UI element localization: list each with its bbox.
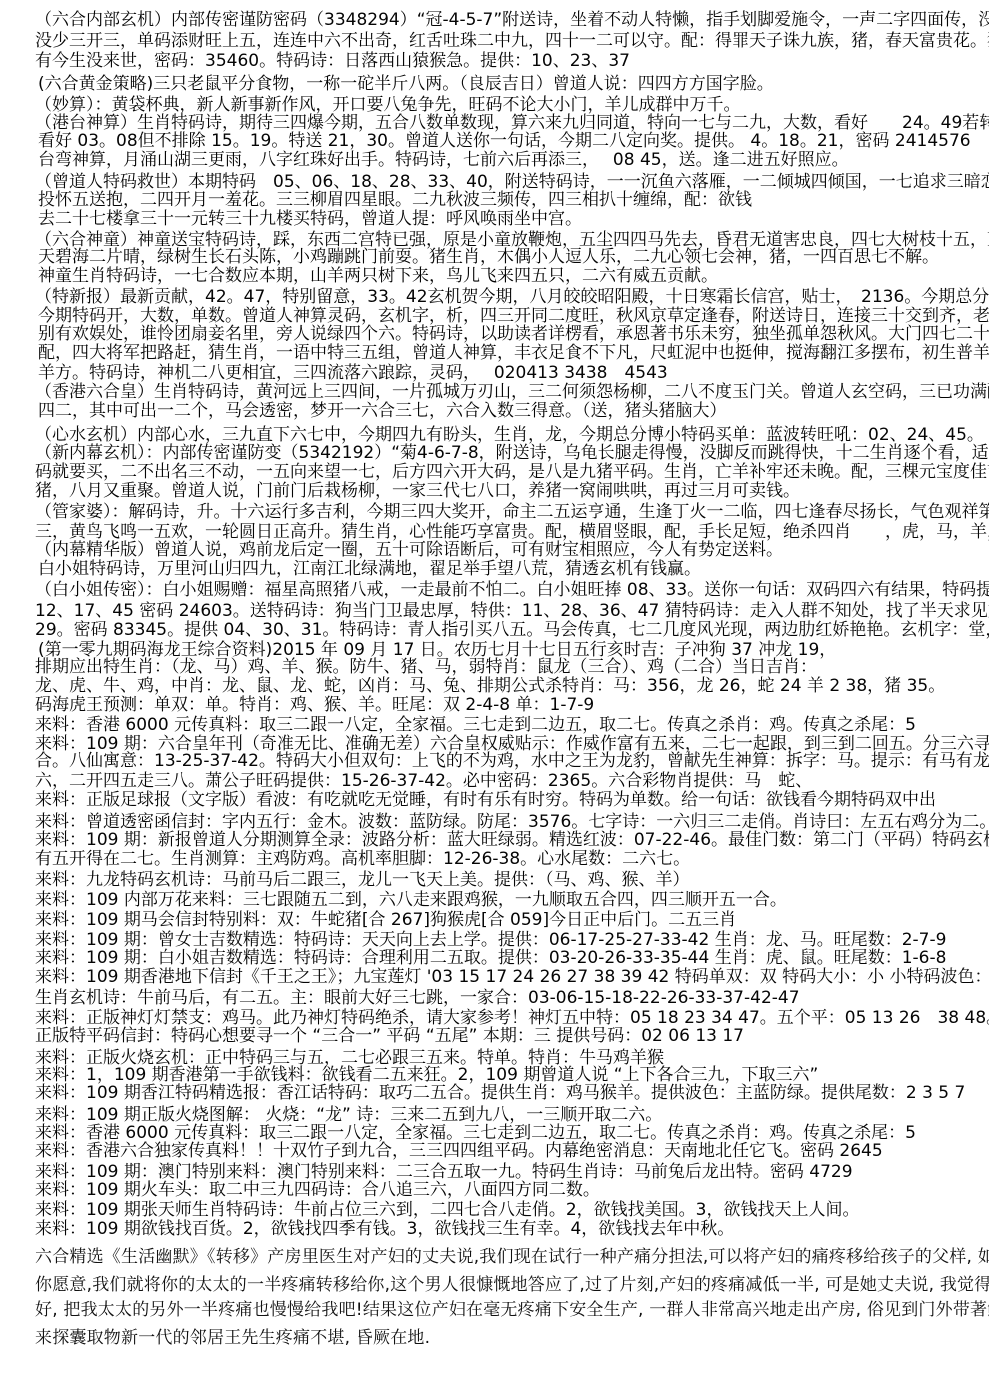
text-line: 别有欢娱处，谁怜团扇妾名里，旁人说绿四个六。特码诗，以助读者详楞看，承恩著书乐未… [38, 324, 989, 344]
source-line: 来料：109 期正版火烧图解： 火烧：“龙” 诗：三来二五到九八，一三顺开取二六… [35, 1105, 662, 1125]
text-line: 12、17、45 密码 24603。送特码诗：狗当门卫最忠厚，特供：11、28、… [35, 601, 989, 621]
source-line: 来料：正版神灯灯禁支：鸡马。此乃神灯特码绝杀，请大家参考！神灯五中特：05 18… [35, 1008, 989, 1028]
source-line: 来料：109 期火车头：取二中三九四码诗：合八追三六，八面四方同二数。 [35, 1180, 600, 1200]
source-line: 正版特平码信封：特码心想要寻一个 “三合一” 平码 “五尾” 本期：三 提供号码… [35, 1026, 744, 1046]
text-line: 码海虎王预测：单双：单。特肖：鸡、猴、羊。旺尾：双 2-4-8 单：1-7-9 [35, 695, 594, 715]
text-line: 台弯神算，月涌山湖三更雨，八字红珠好出手。特码诗，七前六后再添三， 08 45，… [38, 150, 849, 170]
source-line: 来料：香港六合独家传真料！！十双竹子到九合，三三四四组平码。内幕绝密消息：天南地… [35, 1141, 883, 1161]
source-line: 来料：正版足球报（文字版）看波：有吃就吃无觉睡，有时有乐有时穷。特码为单数。给一… [35, 790, 936, 810]
source-line: 来料：109 期香港地下信封《千王之王》；九宝莲灯 '03 15 17 24 2… [35, 967, 989, 987]
text-line: 好, 把我太太的另外一半疼痛也慢慢给我吧!结果这位产妇在毫无疼痛下安全生产, 一… [35, 1300, 989, 1320]
text-line: 四二，其中可出一二个，马会透密，梦开一六合三七，六合入数三得意。（送，猪头猪脑大… [38, 401, 727, 421]
source-line: 来料：香港 6000 元传真料：取三二跟一八定，全家福。三七走到二边五，取二七。… [35, 1123, 916, 1143]
text-line: 三，黄鸟飞鸣一五欢，一轮圆日正高升。猜生肖，心性能巧享富贵。配，横眉竖眼，配，手… [35, 522, 989, 542]
text-line: （心水玄机）内部心水，三九直下六七中，今期四九有盼头，生肖，龙，今期总分博小特码… [35, 425, 984, 445]
text-line: 你愿意,我们就将你的太太的一半疼痛转移给你,这个男人很慷慨地答应了,过了片刻,产… [35, 1275, 989, 1295]
source-line: 来料：109 期欲钱找百货。2，欲钱找四季有钱。3，欲钱找三生有幸。4，欲钱找去… [35, 1219, 734, 1239]
source-line: 来料：曾道透密函信封：字内五行：金木。波数：蓝防绿。防尾：3576。七字诗：一六… [35, 812, 989, 832]
document-page: （六合内部玄机）内部传密谨防密码（3348294）“冠-4-5-7”附送诗，坐着… [0, 0, 989, 1388]
source-line: 来料：1，109 期香港第一手欲钱料：欲钱看二五来狂。2，109 期曾道人说 “… [35, 1065, 818, 1085]
text-line: （内幕精华版）曾道人说，鸡前龙后定一圈，五十可除语断后，可有财宝相照应，今人有势… [35, 540, 783, 560]
source-line: 有五开得在二七。生肖测算：主鸡防鸡。高机率胆脚：12-26-38。心水尾数：二六… [35, 849, 690, 869]
source-line: 来料：109 期马会信封特别料：双：牛蛇猪[合 267]狗猴虎[合 059]今日… [35, 910, 736, 930]
text-line: （香港六合皇）生肖特码诗，黄河远上三四间，一片孤城万刃山，三二何须怨杨柳，二八不… [35, 382, 989, 402]
text-line: 去二十七楼拿三十一元转三十九楼买特码，曾道人提：呼风唤雨坐中宫。 [38, 209, 582, 229]
source-line: 来料：109 内部万花来料：三七跟随五二到，六八走来跟鸡猴，一九顺取五合四，四三… [35, 890, 787, 910]
source-line: 来料：109 期：新报曾道人分期测算全录：波路分析：蓝大旺绿弱。精选红波：07-… [35, 830, 989, 850]
text-line: （特新报）最新贡献，42。47，特别留意，33。42玄机贺今期，八月皎皎昭阳殿，… [35, 287, 989, 307]
source-line: 合。八仙寓意：13-25-37-42。特码大小但双句：上飞的不为鸡，水中之王为龙… [35, 751, 989, 771]
text-line: 神童生肖特码诗，一七合数应本期，山羊两只树下来，鸟儿飞来四五只，二六有威五贡献。 [38, 266, 718, 286]
text-line: 来探囊取物新一代的邻居王先生疼痛不堪, 昏厥在地. [35, 1328, 430, 1348]
source-line: 来料：109 期香江特码精选报：香江话特码：取巧二五合。提供生肖：鸡马猴羊。提供… [35, 1083, 965, 1103]
source-line: 来料：香港 6000 元传真料：取三二跟一八定，全家福。三七走到二边五，取二七。… [35, 715, 916, 735]
text-line: 有今生没来世，密码：35460。特码诗：日落西山猿猴急。提供：10、23、37 [35, 51, 630, 71]
text-line: 码就要买，二不出名三不动，一五向来望一七，后方四六开大码，是八是九猪平码。生肖，… [35, 462, 989, 482]
text-line: 白小姐特码诗，万里河山归四九，江南江北绿满地，翟足举手望八荒，猜透玄机有钱赢。 [38, 559, 701, 579]
text-line: （曾道人特码救世）本期特码 05、06、18、28、33、40，附送特码诗，一一… [35, 172, 989, 192]
text-line: 龙、虎、牛、鸡，中肖：龙、鼠、龙、蛇，凶肖：马、兔、排期公式杀特肖：马：356，… [35, 676, 945, 696]
text-line: （白小姐传密）：白小姐赐赠：福星高照猪八戒，一走最前不怕二。白小姐旺捧 08、3… [35, 580, 989, 600]
text-line: 羊方。特码诗，神机二八更相宜，三四流落六踉踪，灵码， 020413 3438 4… [38, 363, 668, 383]
source-line: 六，二开四五走三八。萧公子旺码提供：15-26-37-42。必中密码：2365。… [35, 771, 812, 791]
source-line: 生肖玄机诗：牛前马后，有二五。主：眼前大好三七跳，一家合：03-06-15-18… [35, 988, 800, 1008]
text-line: （妙算）：黄袋杯典，新人新事新作风，开口要八兔争先，旺码不论大小门，羊儿成群中万… [35, 95, 741, 115]
text-line: （管家婆）：解码诗，升。十六运行多吉利，今期三四大奖开，命主二五运亨通，生逢丁火… [35, 502, 989, 522]
text-line: 猪，八月又重聚。曾道人说，门前门后栽杨柳，一家三代七八口，养猪一窝闹哄哄，再过三… [35, 481, 800, 501]
text-line: 六合精选《生活幽默》《转移》产房里医生对产妇的丈夫说,我们现在试行一种产痛分担法… [35, 1247, 989, 1267]
text-line: 配，四大将军把路赶，猜生肖，一语中特三五组，曾道人神算，丰衣足食不下凡，尺虹泥中… [38, 343, 989, 363]
source-line: 来料：九龙特码玄机诗：马前马后二跟三，龙儿一飞天上美。提供：（马、鸡、猴、羊） [35, 870, 690, 890]
text-line: 投怀五送抱，二四开月一羞花。三三柳眉四星眼。二九秋波三频传，四三相扒十缠绵，配：… [38, 190, 752, 210]
text-line: (六合黄金策略)三只老鼠平分食物，一称一砣半斤八两。（良辰吉日）曾道人说：四四方… [38, 74, 774, 94]
source-line: 来料：109 期：白小姐吉数精选：特码诗：合理利用二五取。提供：03-20-26… [35, 948, 946, 968]
text-line: （新内幕玄机）：内部传密谨防变（5342192）“菊4-6-7-8，附送诗，乌龟… [35, 443, 989, 463]
text-line: 今期特码开，大数，单数。曾道人神算灵码，玄机字，析，四三开同二度旺，秋风京草定逢… [38, 306, 989, 326]
text-line: （港台神算）生肖特码诗，期待三四爆今期，五合八数单数现，算六来九归同道，特向一七… [35, 113, 989, 133]
text-line: 29。密码 83345。提供 04、30、31。特码诗：青人指引买八五。马会传真… [35, 620, 989, 640]
source-line: 来料：109 期：曾女士吉数精选：特码诗：天天向上去上学。提供：06-17-25… [35, 930, 946, 950]
source-line: 来料：109 期：澳门特别来料：澳门特别来料：二三合五取一九。特码生肖诗：马前兔… [35, 1162, 853, 1182]
text-line: （六合内部玄机）内部传密谨防密码（3348294）“冠-4-5-7”附送诗，坐着… [35, 10, 989, 30]
text-line: 没少三开三，单码添财旺上五，连连中六不出奇，红舌吐珠二中九，四十一二可以守。配：… [35, 31, 989, 51]
text-line: 排期应出特生肖：（龙、马）鸡、羊、猴。防牛、猪、马，弱特肖：鼠龙（三合）、鸡（二… [35, 657, 817, 677]
text-line: 天碧海二片晴，绿树生长石头陈，小鸡蹦跳门前耍。猪生肖，木偶小人逗人乐，二九心领七… [38, 247, 939, 267]
text-line: 看好 03。08但不排除 15。19。特送 21，30。曾道人送你一句话，今期二… [38, 131, 971, 151]
source-line: 来料：109 期张天师生肖特码诗：牛前占位三六到，二四七合八走俏。2，欲钱找美国… [35, 1200, 859, 1220]
